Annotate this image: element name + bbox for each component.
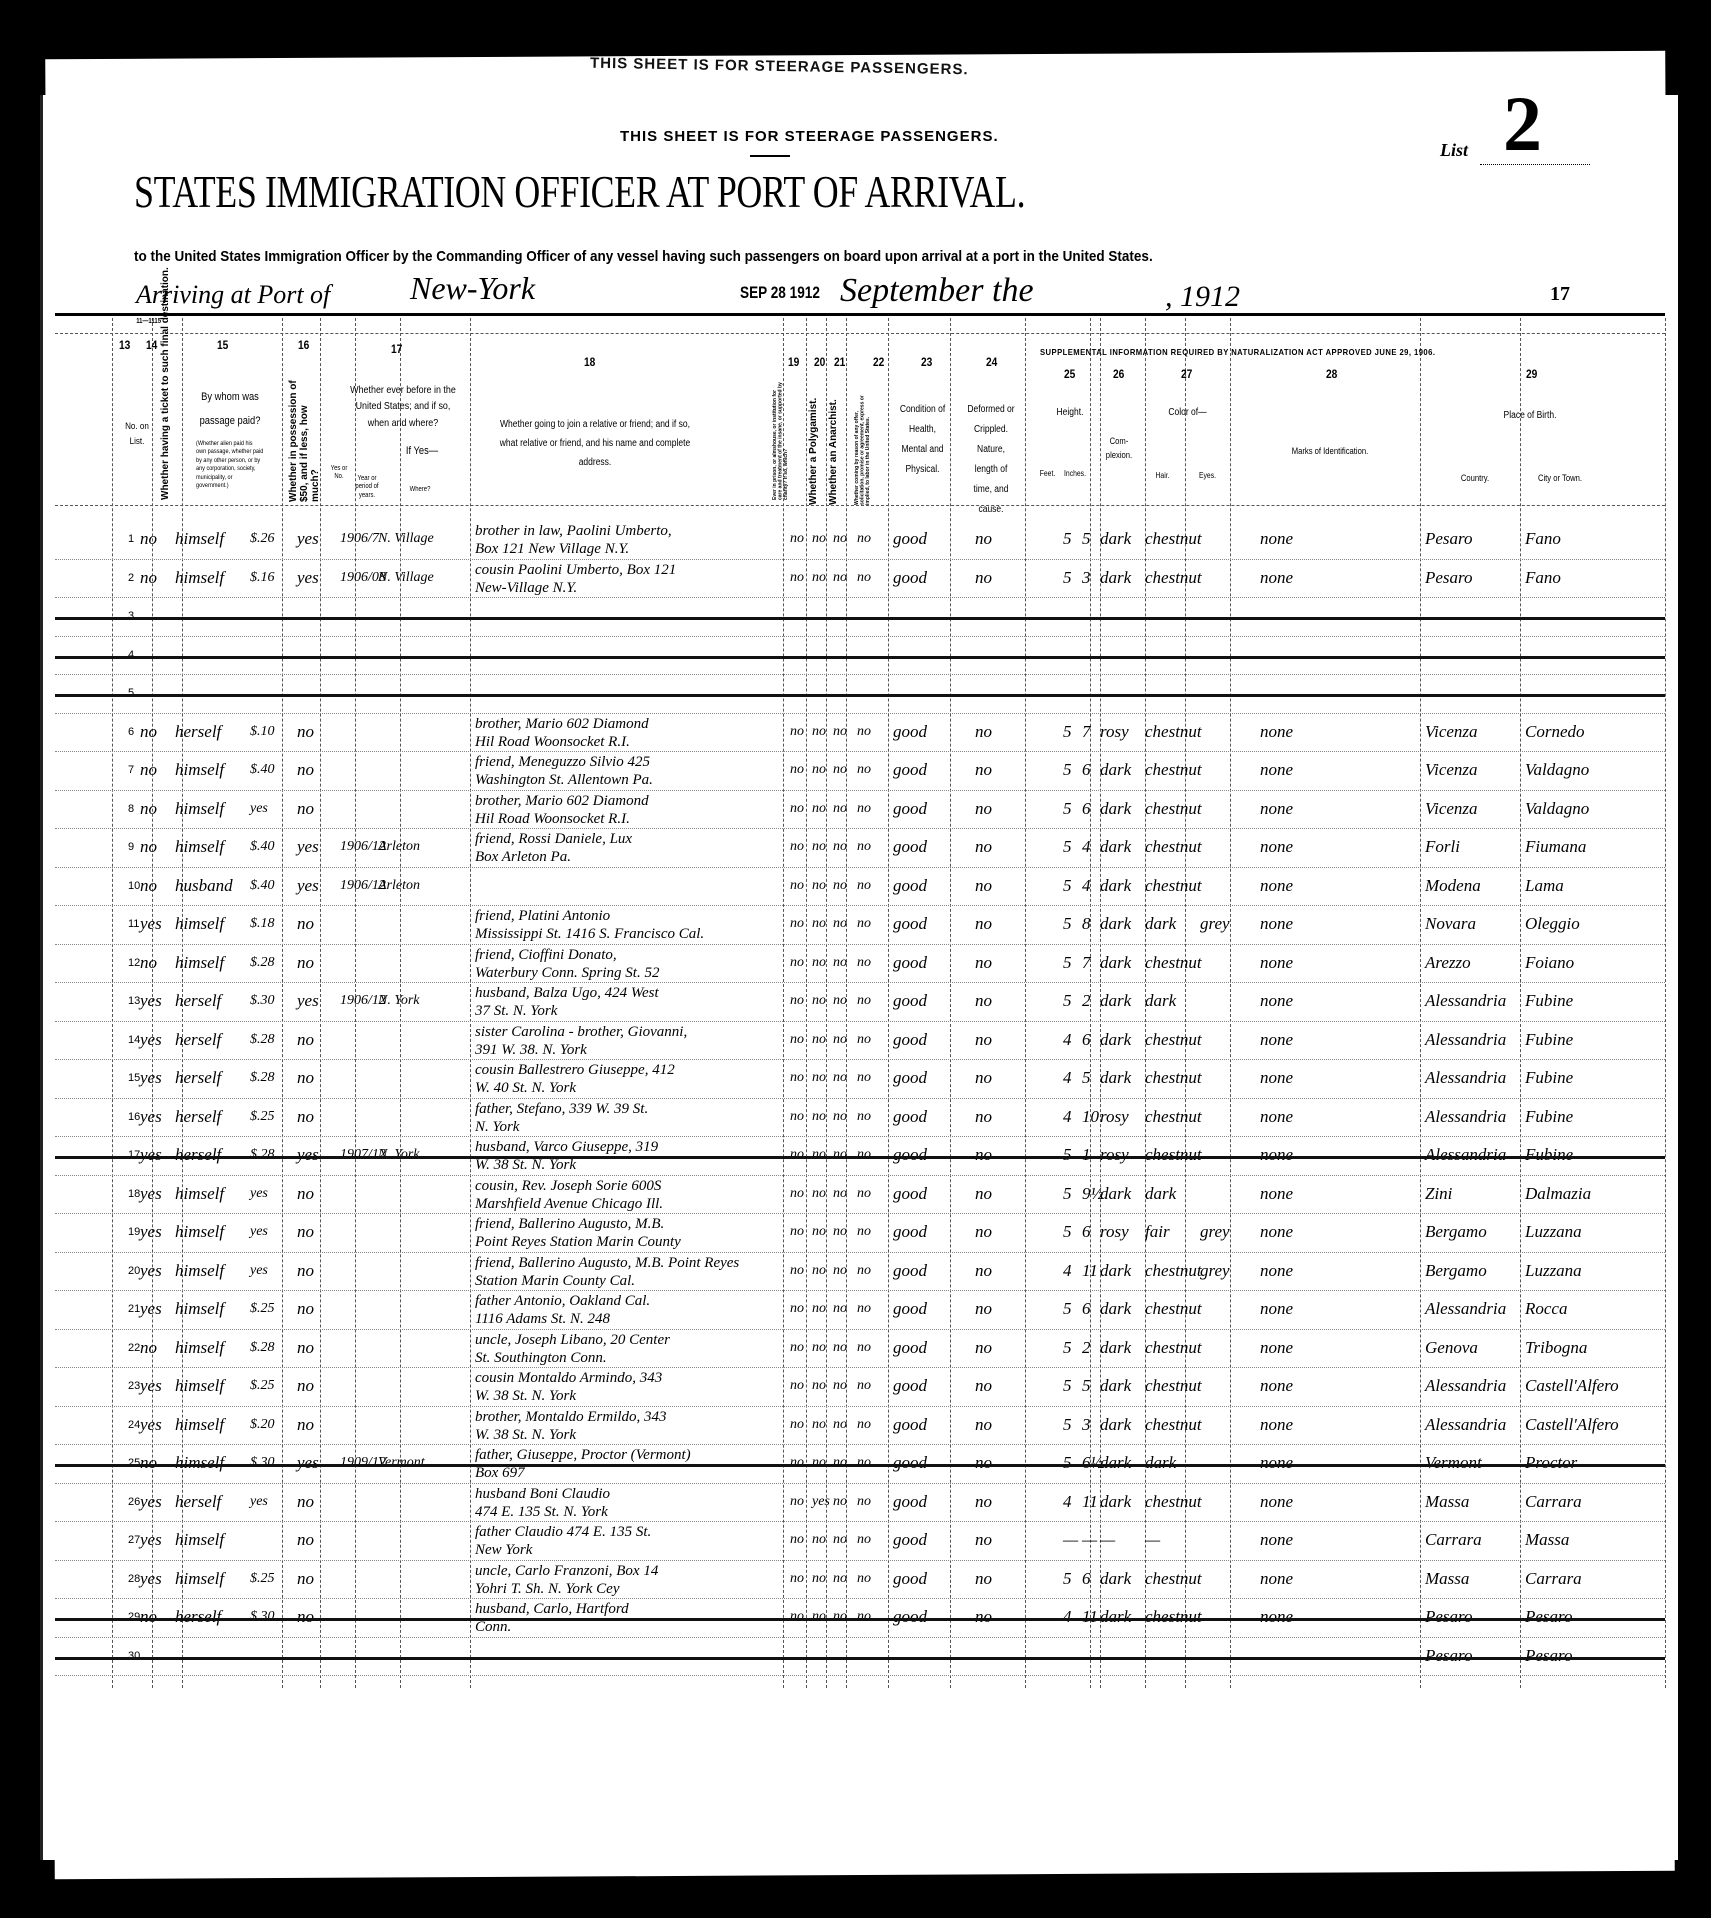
col-22-label: Whether coming by reason of any offer, s… (855, 385, 877, 505)
cell-ticket: no (140, 520, 157, 558)
cell-hair: chestnut (1145, 1252, 1202, 1290)
cell-before: no (297, 1290, 314, 1328)
cell-money: $.40 (250, 867, 275, 905)
cell-city: Fubine (1525, 1059, 1573, 1097)
cell-relative-name: husband, Varco Giuseppe, 319 (475, 1140, 658, 1155)
cell-city: Lama (1525, 867, 1564, 905)
cell-relative-name: cousin Ballestrero Giuseppe, 412 (475, 1063, 675, 1078)
col-26-num: 26 (1113, 367, 1124, 381)
cell-relative-address: Marshfield Avenue Chicago Ill. (475, 1197, 663, 1212)
col-17-yes-no: Yes or No. (331, 465, 348, 482)
cell-hair: chestnut (1145, 1021, 1202, 1059)
cell-money: $.28 (250, 944, 275, 982)
cell-labor: no (857, 828, 871, 866)
cell-paid-by: himself (175, 828, 224, 866)
cell-prison: no (790, 1560, 804, 1598)
cell-before: no (297, 1521, 314, 1559)
cell-country: Alessandria (1425, 1406, 1506, 1444)
cell-before: no (297, 944, 314, 982)
cell-labor: no (857, 1136, 871, 1174)
cell-inches: 11 (1082, 1252, 1098, 1290)
cell-poly: no (812, 1213, 826, 1251)
cell-feet: 5 (1063, 1444, 1072, 1482)
cell-paid-by: herself (175, 1098, 221, 1136)
cell-complexion: dark (1100, 1444, 1131, 1482)
cell-relative-address: Box Arleton Pa. (475, 850, 571, 865)
cell-health: good (893, 1290, 927, 1328)
cell-before: no (297, 1098, 314, 1136)
cell-labor: no (857, 982, 871, 1020)
cell-marks: none (1260, 1483, 1293, 1521)
form-number: 11—1115 (136, 318, 161, 325)
cell-relative-address: Point Reyes Station Marin County (475, 1235, 681, 1250)
cell-poly: no (812, 713, 826, 751)
cell-relative-address: W. 40 St. N. York (475, 1081, 576, 1096)
cell-hair: dark (1145, 1175, 1176, 1213)
cell-before: no (297, 1252, 314, 1290)
cell-hair: chestnut (1145, 1406, 1202, 1444)
cell-hair: dark (1145, 1444, 1176, 1482)
cell-anarch: no (833, 1213, 847, 1251)
cell-relative-address: St. Southington Conn. (475, 1351, 607, 1366)
row-number: 28 (128, 1560, 140, 1598)
page-title: STATES IMMIGRATION OFFICER AT PORT OF AR… (134, 165, 1025, 218)
cell-marks: none (1260, 1136, 1293, 1174)
col-23-num: 23 (921, 355, 932, 369)
cell-prison: no (790, 1213, 804, 1251)
cell-city: Carrara (1525, 1560, 1582, 1598)
cell-hair: chestnut (1145, 559, 1202, 597)
cell-inches: 8 (1082, 905, 1091, 943)
row-number: 8 (128, 790, 134, 828)
cell-inches: 5 (1082, 1059, 1091, 1097)
cell-country: Bergamo (1425, 1213, 1487, 1251)
cell-paid-by: himself (175, 1252, 224, 1290)
cell-deformed: no (975, 1367, 992, 1405)
cell-inches: 11 (1082, 1483, 1098, 1521)
cell-marks: none (1260, 1598, 1293, 1636)
cell-marks: none (1260, 559, 1293, 597)
table-row: 20yeshimselfyesnononononogoodno411darkch… (55, 1252, 1665, 1290)
cell-prison: no (790, 1252, 804, 1290)
cell-paid-by: herself (175, 1059, 221, 1097)
cell-ticket: yes (140, 1136, 162, 1174)
table-row: 1nohimself$.26yes1906/7N. Villagenononon… (55, 520, 1665, 558)
cell-before: no (297, 1560, 314, 1598)
cell-poly: yes (812, 1483, 830, 1521)
cell-ticket: no (140, 944, 157, 982)
cell-city: Valdagno (1525, 751, 1589, 789)
cell-hair: chestnut (1145, 713, 1202, 751)
cell-health: good (893, 1521, 927, 1559)
cell-years: 1906/7 (340, 520, 379, 558)
cell-feet: 5 (1063, 867, 1072, 905)
cell-marks: none (1260, 1406, 1293, 1444)
cell-poly: no (812, 944, 826, 982)
cell-city: Fubine (1525, 1136, 1573, 1174)
table-row: 17yesherself$.28yes1907/12N. Yorknononon… (55, 1136, 1665, 1174)
cell-city: Rocca (1525, 1290, 1567, 1328)
cell-ticket: yes (140, 1560, 162, 1598)
cell-feet: 5 (1063, 1290, 1072, 1328)
cell-before: yes (297, 559, 319, 597)
cell-city: Luzzana (1525, 1252, 1582, 1290)
cell-labor: no (857, 1252, 871, 1290)
cell-labor: no (857, 1444, 871, 1482)
table-row: 18yeshimselfyesnononononogoodno59½darkda… (55, 1175, 1665, 1213)
cell-feet: 5 (1063, 559, 1072, 597)
row-number: 15 (128, 1059, 140, 1097)
cell-relative-name: cousin Montaldo Armindo, 343 (475, 1371, 662, 1386)
cell-health: good (893, 1213, 927, 1251)
cell-anarch: no (833, 559, 847, 597)
cell-before: no (297, 1059, 314, 1097)
cell-city: Dalmazia (1525, 1175, 1591, 1213)
cell-relative-address: Waterbury Conn. Spring St. 52 (475, 966, 659, 981)
table-row: 26yesherselfyesnonoyesnonogoodno411darkc… (55, 1483, 1665, 1521)
cell-ticket: no (140, 1444, 157, 1482)
cell-anarch: no (833, 1059, 847, 1097)
col-27-label: Color of— (1156, 405, 1220, 421)
cell-deformed: no (975, 1598, 992, 1636)
cell-marks: none (1260, 1021, 1293, 1059)
cell-before: yes (297, 828, 319, 866)
cell-inches: — (1082, 1521, 1097, 1559)
cell-prison: no (790, 1329, 804, 1367)
cell-complexion: dark (1100, 1483, 1131, 1521)
cell-country: Alessandria (1425, 1059, 1506, 1097)
cell-feet: 5 (1063, 713, 1072, 751)
cell-deformed: no (975, 559, 992, 597)
cell-labor: no (857, 520, 871, 558)
cell-anarch: no (833, 1098, 847, 1136)
cell-labor: no (857, 1021, 871, 1059)
cell-prison: no (790, 982, 804, 1020)
cell-prison: no (790, 1290, 804, 1328)
cell-ticket: yes (140, 1021, 162, 1059)
cell-complexion: rosy (1100, 1098, 1129, 1136)
cell-health: good (893, 520, 927, 558)
row-number: 23 (128, 1367, 140, 1405)
cell-paid-by: herself (175, 1483, 221, 1521)
cell-country: Alessandria (1425, 1021, 1506, 1059)
cell-country: Vicenza (1425, 713, 1478, 751)
cell-deformed: no (975, 1098, 992, 1136)
cell-health: good (893, 1598, 927, 1636)
table-row: 5 (55, 674, 1665, 712)
cell-complexion: dark (1100, 790, 1131, 828)
table-row: 22nohimself$.28nononononogoodno52darkche… (55, 1329, 1665, 1367)
cell-marks: none (1260, 1290, 1293, 1328)
cell-relative-name: brother in law, Paolini Umberto, (475, 524, 672, 539)
cell-labor: no (857, 559, 871, 597)
cell-city: Foiano (1525, 944, 1574, 982)
cell-deformed: no (975, 1136, 992, 1174)
cell-marks: none (1260, 1560, 1293, 1598)
cell-feet: 5 (1063, 1367, 1072, 1405)
table-row: 12nohimself$.28nononononogoodno57darkche… (55, 944, 1665, 982)
cell-city: Pesaro (1525, 1637, 1573, 1675)
cell-marks: none (1260, 1175, 1293, 1213)
cell-feet: 5 (1063, 982, 1072, 1020)
cell-ticket: no (140, 828, 157, 866)
cell-hair: dark (1145, 905, 1176, 943)
cell-health: good (893, 1175, 927, 1213)
cell-labor: no (857, 751, 871, 789)
cell-relative-address: New-Village N.Y. (475, 581, 577, 596)
cell-ticket: no (140, 790, 157, 828)
cell-complexion: dark (1100, 1367, 1131, 1405)
cell-deformed: no (975, 790, 992, 828)
cell-labor: no (857, 1175, 871, 1213)
cell-marks: none (1260, 905, 1293, 943)
supplemental-heading: SUPPLEMENTAL INFORMATION REQUIRED BY NAT… (1040, 347, 1435, 357)
cell-hair: chestnut (1145, 944, 1202, 982)
cell-city: Fubine (1525, 1098, 1573, 1136)
cell-paid-by: himself (175, 520, 224, 558)
cell-paid-by: himself (175, 1290, 224, 1328)
cell-prison: no (790, 1406, 804, 1444)
cell-poly: no (812, 1021, 826, 1059)
cell-city: Fiumana (1525, 828, 1586, 866)
cell-marks: none (1260, 944, 1293, 982)
cell-relative-address: Box 121 New Village N.Y. (475, 542, 629, 557)
col-17-if-yes: If Yes— (397, 443, 448, 460)
cell-before: no (297, 1598, 314, 1636)
col-15-label: By whom was passage paid? (196, 385, 264, 433)
divider (750, 155, 790, 157)
cell-paid-by: himself (175, 790, 224, 828)
col-21-label: Whether an Anarchist. (828, 395, 839, 505)
row-number: 9 (128, 828, 134, 866)
row-number: 12 (128, 944, 140, 982)
cell-anarch: no (833, 1136, 847, 1174)
header-rule (55, 313, 1665, 316)
cell-marks: none (1260, 1059, 1293, 1097)
list-underline (1480, 164, 1590, 165)
cell-hair: chestnut (1145, 751, 1202, 789)
cell-prison: no (790, 1021, 804, 1059)
cell-labor: no (857, 1483, 871, 1521)
cell-ticket: no (140, 559, 157, 597)
row-number: 16 (128, 1098, 140, 1136)
cell-prison: no (790, 828, 804, 866)
cell-before: yes (297, 982, 319, 1020)
cell-marks: none (1260, 520, 1293, 558)
cell-inches: 6 (1082, 1021, 1091, 1059)
cell-ticket: yes (140, 905, 162, 943)
cell-money: $.30 (250, 1444, 275, 1482)
cell-inches: 7 (1082, 713, 1091, 751)
cell-money: yes (250, 1175, 268, 1213)
cell-deformed: no (975, 828, 992, 866)
cell-health: good (893, 790, 927, 828)
cell-prison: no (790, 713, 804, 751)
table-row: 4 (55, 636, 1665, 674)
cell-before: yes (297, 520, 319, 558)
cell-health: good (893, 905, 927, 943)
strike-through-line (55, 694, 1665, 697)
col-25-label: Height. (1049, 405, 1092, 421)
cell-country: Modena (1425, 867, 1481, 905)
cell-country: Bergamo (1425, 1252, 1487, 1290)
cell-anarch: no (833, 1290, 847, 1328)
col-22-num: 22 (873, 355, 884, 369)
cell-inches: 2 (1082, 1329, 1091, 1367)
cell-eyes: grey (1200, 1213, 1230, 1251)
cell-city: Proctor (1525, 1444, 1577, 1482)
cell-health: good (893, 1021, 927, 1059)
table-row: 9nohimself$.40yes1906/12Arletonnonononog… (55, 828, 1665, 866)
cell-relative-name: friend, Ballerino Augusto, M.B. Point Re… (475, 1256, 739, 1271)
cell-poly: no (812, 1136, 826, 1174)
cell-where: Vermont (378, 1444, 425, 1482)
cell-ticket: no (140, 713, 157, 751)
cell-relative-address: Yohri T. Sh. N. York Cey (475, 1582, 620, 1597)
cell-prison: no (790, 1483, 804, 1521)
col-18-label: Whether going to join a relative or frie… (497, 415, 693, 472)
cell-before: no (297, 1213, 314, 1251)
cell-deformed: no (975, 982, 992, 1020)
cell-poly: no (812, 905, 826, 943)
cell-deformed: no (975, 1290, 992, 1328)
cell-anarch: no (833, 1598, 847, 1636)
arrival-date: September the (840, 272, 1034, 310)
cell-before: no (297, 1483, 314, 1521)
col-13-num: 13 (119, 338, 130, 352)
cell-health: good (893, 713, 927, 751)
col-29-label: Place of Birth. (1479, 408, 1581, 424)
cell-complexion: rosy (1100, 1136, 1129, 1174)
row-number: 30 (128, 1637, 140, 1675)
cell-hair: — (1145, 1521, 1160, 1559)
cell-prison: no (790, 751, 804, 789)
cell-anarch: no (833, 790, 847, 828)
cell-marks: none (1260, 1329, 1293, 1367)
table-row: 3 (55, 597, 1665, 635)
cell-anarch: no (833, 713, 847, 751)
cell-country: Novara (1425, 905, 1476, 943)
cell-health: good (893, 944, 927, 982)
col-20-label: Whether a Polygamist. (808, 395, 819, 505)
cell-money: $.30 (250, 1598, 275, 1636)
strike-through-line (55, 1464, 1665, 1467)
cell-paid-by: herself (175, 982, 221, 1020)
cell-feet: 5 (1063, 520, 1072, 558)
cell-inches: 3 (1082, 1406, 1091, 1444)
cell-paid-by: herself (175, 1136, 221, 1174)
cell-poly: no (812, 1598, 826, 1636)
cell-hair: chestnut (1145, 1483, 1202, 1521)
cell-money: $.26 (250, 520, 275, 558)
cell-city: Castell'Alfero (1525, 1406, 1619, 1444)
cell-complexion: rosy (1100, 1213, 1129, 1251)
page-subtitle: to the United States Immigration Officer… (134, 248, 1153, 265)
cell-before: no (297, 1367, 314, 1405)
cell-paid-by: herself (175, 1598, 221, 1636)
cell-health: good (893, 1329, 927, 1367)
cell-ticket: yes (140, 1213, 162, 1251)
cell-inches: 2 (1082, 982, 1091, 1020)
cell-feet: 4 (1063, 1021, 1072, 1059)
cell-where: N. Village (378, 559, 434, 597)
cell-money: $.16 (250, 559, 275, 597)
cell-relative-address: Conn. (475, 1620, 511, 1635)
cell-deformed: no (975, 1252, 992, 1290)
cell-health: good (893, 1560, 927, 1598)
cell-inches: 3 (1082, 559, 1091, 597)
col-27-eyes: Eyes. (1193, 470, 1223, 482)
row-number: 29 (128, 1598, 140, 1636)
cell-feet: 5 (1063, 905, 1072, 943)
cell-ticket: yes (140, 1098, 162, 1136)
cell-marks: none (1260, 1444, 1293, 1482)
cell-prison: no (790, 1098, 804, 1136)
cell-ticket: yes (140, 1483, 162, 1521)
cell-hair: dark (1145, 982, 1176, 1020)
grid-vline (1665, 318, 1666, 1688)
cell-country: Vicenza (1425, 790, 1478, 828)
cell-country: Zini (1425, 1175, 1452, 1213)
cell-deformed: no (975, 1021, 992, 1059)
cell-city: Fubine (1525, 982, 1573, 1020)
cell-country: Alessandria (1425, 1290, 1506, 1328)
page-number: 17 (1550, 283, 1570, 306)
cell-prison: no (790, 790, 804, 828)
cell-paid-by: himself (175, 751, 224, 789)
cell-anarch: no (833, 1444, 847, 1482)
cell-complexion: dark (1100, 1021, 1131, 1059)
cell-country: Alessandria (1425, 1098, 1506, 1136)
row-number: 10 (128, 867, 140, 905)
grid-hline (55, 505, 1665, 506)
col-14-label: Whether having a ticket to such final de… (160, 370, 171, 500)
cell-paid-by: husband (175, 867, 233, 905)
row-number: 6 (128, 713, 134, 751)
cell-feet: 5 (1063, 790, 1072, 828)
cell-complexion: dark (1100, 559, 1131, 597)
cell-city: Castell'Alfero (1525, 1367, 1619, 1405)
cell-relative-address: 1116 Adams St. N. 248 (475, 1312, 610, 1327)
cell-country: Vicenza (1425, 751, 1478, 789)
cell-anarch: no (833, 1175, 847, 1213)
cell-eyes: grey (1200, 1252, 1230, 1290)
cell-feet: 5 (1063, 944, 1072, 982)
cell-ticket: yes (140, 1367, 162, 1405)
cell-where: N. York (378, 1136, 420, 1174)
cell-health: good (893, 1483, 927, 1521)
cell-inches: 4 (1082, 828, 1091, 866)
strike-through-line (55, 1156, 1665, 1159)
cell-deformed: no (975, 520, 992, 558)
cell-hair: chestnut (1145, 1290, 1202, 1328)
cell-relative-name: uncle, Carlo Franzoni, Box 14 (475, 1564, 658, 1579)
cell-paid-by: herself (175, 713, 221, 751)
col-25-feet: Feet. (1037, 468, 1058, 480)
cell-anarch: no (833, 905, 847, 943)
row-number: 13 (128, 982, 140, 1020)
row-divider (55, 1675, 1665, 1676)
col-17-where: Where? (403, 485, 437, 496)
cell-poly: no (812, 1406, 826, 1444)
table-row: 21yeshimself$.25nononononogoodno56darkch… (55, 1290, 1665, 1328)
cell-anarch: no (833, 828, 847, 866)
row-number: 22 (128, 1329, 140, 1367)
cell-paid-by: himself (175, 1560, 224, 1598)
row-number: 26 (128, 1483, 140, 1521)
col-15-num: 15 (217, 338, 228, 352)
cell-hair: chestnut (1145, 1136, 1202, 1174)
